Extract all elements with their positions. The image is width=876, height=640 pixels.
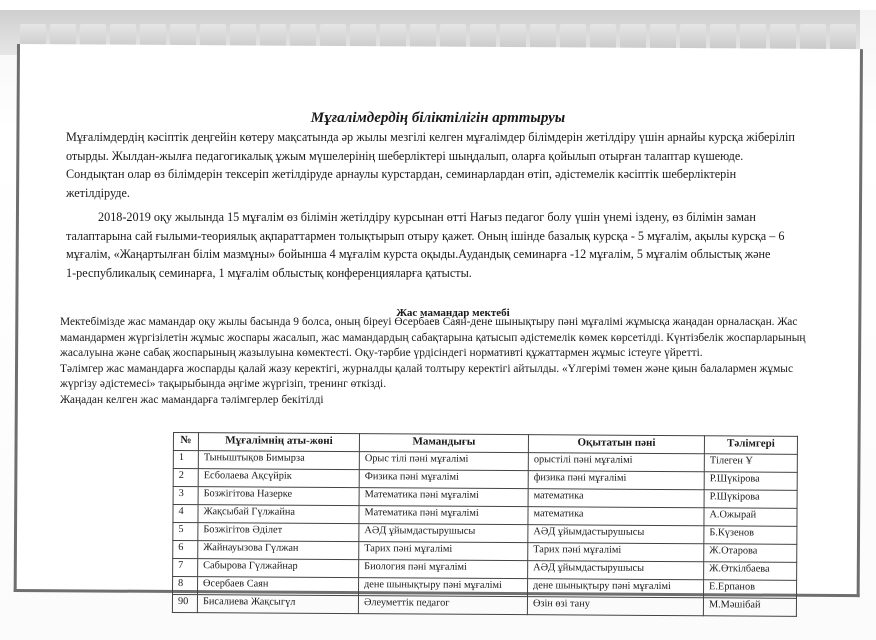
cell-mentor: Тілеген Ұ <box>704 454 797 473</box>
cell-teacher-name: Тыныштықов Бимырза <box>198 451 359 470</box>
cell-mentor: Б.Күзенов <box>704 526 797 545</box>
paragraph-courses: 2018-2019 оқу жылында 15 мұғалім өз білі… <box>66 208 824 282</box>
cell-number: 2 <box>173 469 198 487</box>
paragraph-qualification: Мұғалімдердің кәсіптік деңгейін көтеру м… <box>66 128 821 202</box>
text-line: Мұғалімдердің кәсіптік деңгейін көтеру м… <box>66 128 821 147</box>
cell-number: 4 <box>173 505 198 523</box>
text-line: 2018-2019 оқу жылында 15 мұғалім өз білі… <box>66 208 824 227</box>
header-subject: Оқытатын пәні <box>528 435 704 454</box>
document-title: Мұғалімдердің біліктілігін арттыруы <box>0 110 876 127</box>
cell-specialty: АӘД ұйымдастырушысы <box>359 524 528 543</box>
text-line: Мектебімізде жас мамандар оқу жылы басын… <box>60 315 825 331</box>
cell-teacher-name: Есболаева Ақсүйрік <box>198 469 359 488</box>
text-line: мамандармен жүргізілетін жұмыс жоспары ж… <box>60 331 825 347</box>
cell-specialty: Орыс тілі пәні мұғалімі <box>359 452 528 471</box>
cell-specialty: Әлеуметтік педагог <box>358 596 527 615</box>
mentors-table: № Мұғалімнің аты-жөні Мамандығы Оқытатын… <box>172 432 798 617</box>
cell-number: 1 <box>173 451 198 469</box>
table-row: 90Бисалиева ЖақсыгүлӘлеуметтік педагогӨз… <box>172 595 796 617</box>
text-line: Жаңадан келген жас мамандарға тәлімгерле… <box>60 393 825 409</box>
cell-subject: дене шынықтыру пәні мұғалімі <box>528 579 704 598</box>
cell-specialty: дене шынықтыру пәні мұғалімі <box>359 578 528 597</box>
cell-subject: физика пәні мұғалімі <box>528 471 704 490</box>
text-line: Тәлімгер жас мамандарға жоспарды қалай ж… <box>60 362 825 378</box>
header-teacher-name: Мұғалімнің аты-жөні <box>198 433 359 452</box>
cell-number: 6 <box>173 541 198 559</box>
cell-specialty: Биология пәні мұғалімі <box>359 560 528 579</box>
cell-number: 3 <box>173 487 198 505</box>
cell-mentor: Р.Шүкірова <box>704 490 797 509</box>
cell-number: 7 <box>173 559 198 577</box>
cell-teacher-name: Бозжігітов Әділет <box>198 523 359 542</box>
cell-subject: Өзін өзі тану <box>527 597 703 616</box>
cell-specialty: Математика пәні мұғалімі <box>359 488 528 507</box>
text-line: талаптарына сай ғылыми-теориялық ақпарат… <box>66 227 824 246</box>
header-mentor: Тәлімгері <box>704 436 797 455</box>
header-specialty: Мамандығы <box>359 434 528 453</box>
cell-teacher-name: Өсербаев Саян <box>198 577 359 596</box>
text-line: мұғалім, «Жаңартылған білім мазмұны» бой… <box>66 245 824 264</box>
cell-subject: орыстілі пәні мұғалімі <box>528 453 704 472</box>
text-line: Сондықтан олар өз білімдерін тексеріп же… <box>66 165 821 184</box>
document-content: Мұғалімдердің біліктілігін арттыруы Мұға… <box>0 0 876 640</box>
cell-mentor: Е.Ерпанов <box>703 580 796 599</box>
cell-teacher-name: Жақсыбай Гүлжайна <box>198 505 359 524</box>
cell-specialty: Тарих пәні мұғалімі <box>359 542 528 561</box>
cell-subject: АӘД ұйымдастырушысы <box>528 561 704 580</box>
header-number: № <box>173 433 198 451</box>
cell-subject: Тарих пәні мұғалімі <box>528 543 704 562</box>
cell-number: 90 <box>172 595 197 613</box>
cell-mentor: Р.Шүкірова <box>704 472 797 491</box>
cell-teacher-name: Бисалиева Жақсыгүл <box>197 595 358 614</box>
cell-specialty: Математика пәні мұғалімі <box>359 506 528 525</box>
cell-specialty: Физика пәні мұғалімі <box>359 470 528 489</box>
cell-teacher-name: Бозжігітова Назерке <box>198 487 359 506</box>
cell-subject: математика <box>528 489 704 508</box>
paragraph-young-specialists: Мектебімізде жас мамандар оқу жылы басын… <box>60 315 825 408</box>
text-line: жүргізу әдістемесі» тақырыбында әңгіме ж… <box>60 377 825 393</box>
text-line: жетілдіруде. <box>66 184 821 203</box>
text-line: отырды. Жылдан-жылға педагогикалық ұжым … <box>66 147 821 166</box>
cell-mentor: М.Мәшібай <box>703 598 796 617</box>
text-line: жасалуына және сабақ жоспарының жазылуын… <box>60 346 825 362</box>
cell-number: 5 <box>173 523 198 541</box>
cell-subject: математика <box>528 507 704 526</box>
cell-number: 8 <box>173 577 198 595</box>
cell-teacher-name: Жайнауызова Гүлжан <box>198 541 359 560</box>
text-line: 1-республикалық семинарға, 1 мұғалім обл… <box>66 264 824 283</box>
cell-mentor: Ж.Өткілбаева <box>704 562 797 581</box>
cell-teacher-name: Сабырова Гүлжайнар <box>198 559 359 578</box>
cell-mentor: А.Ожырай <box>704 508 797 527</box>
cell-mentor: Ж.Отарова <box>704 544 797 563</box>
cell-subject: АӘД ұйымдастырушысы <box>528 525 704 544</box>
